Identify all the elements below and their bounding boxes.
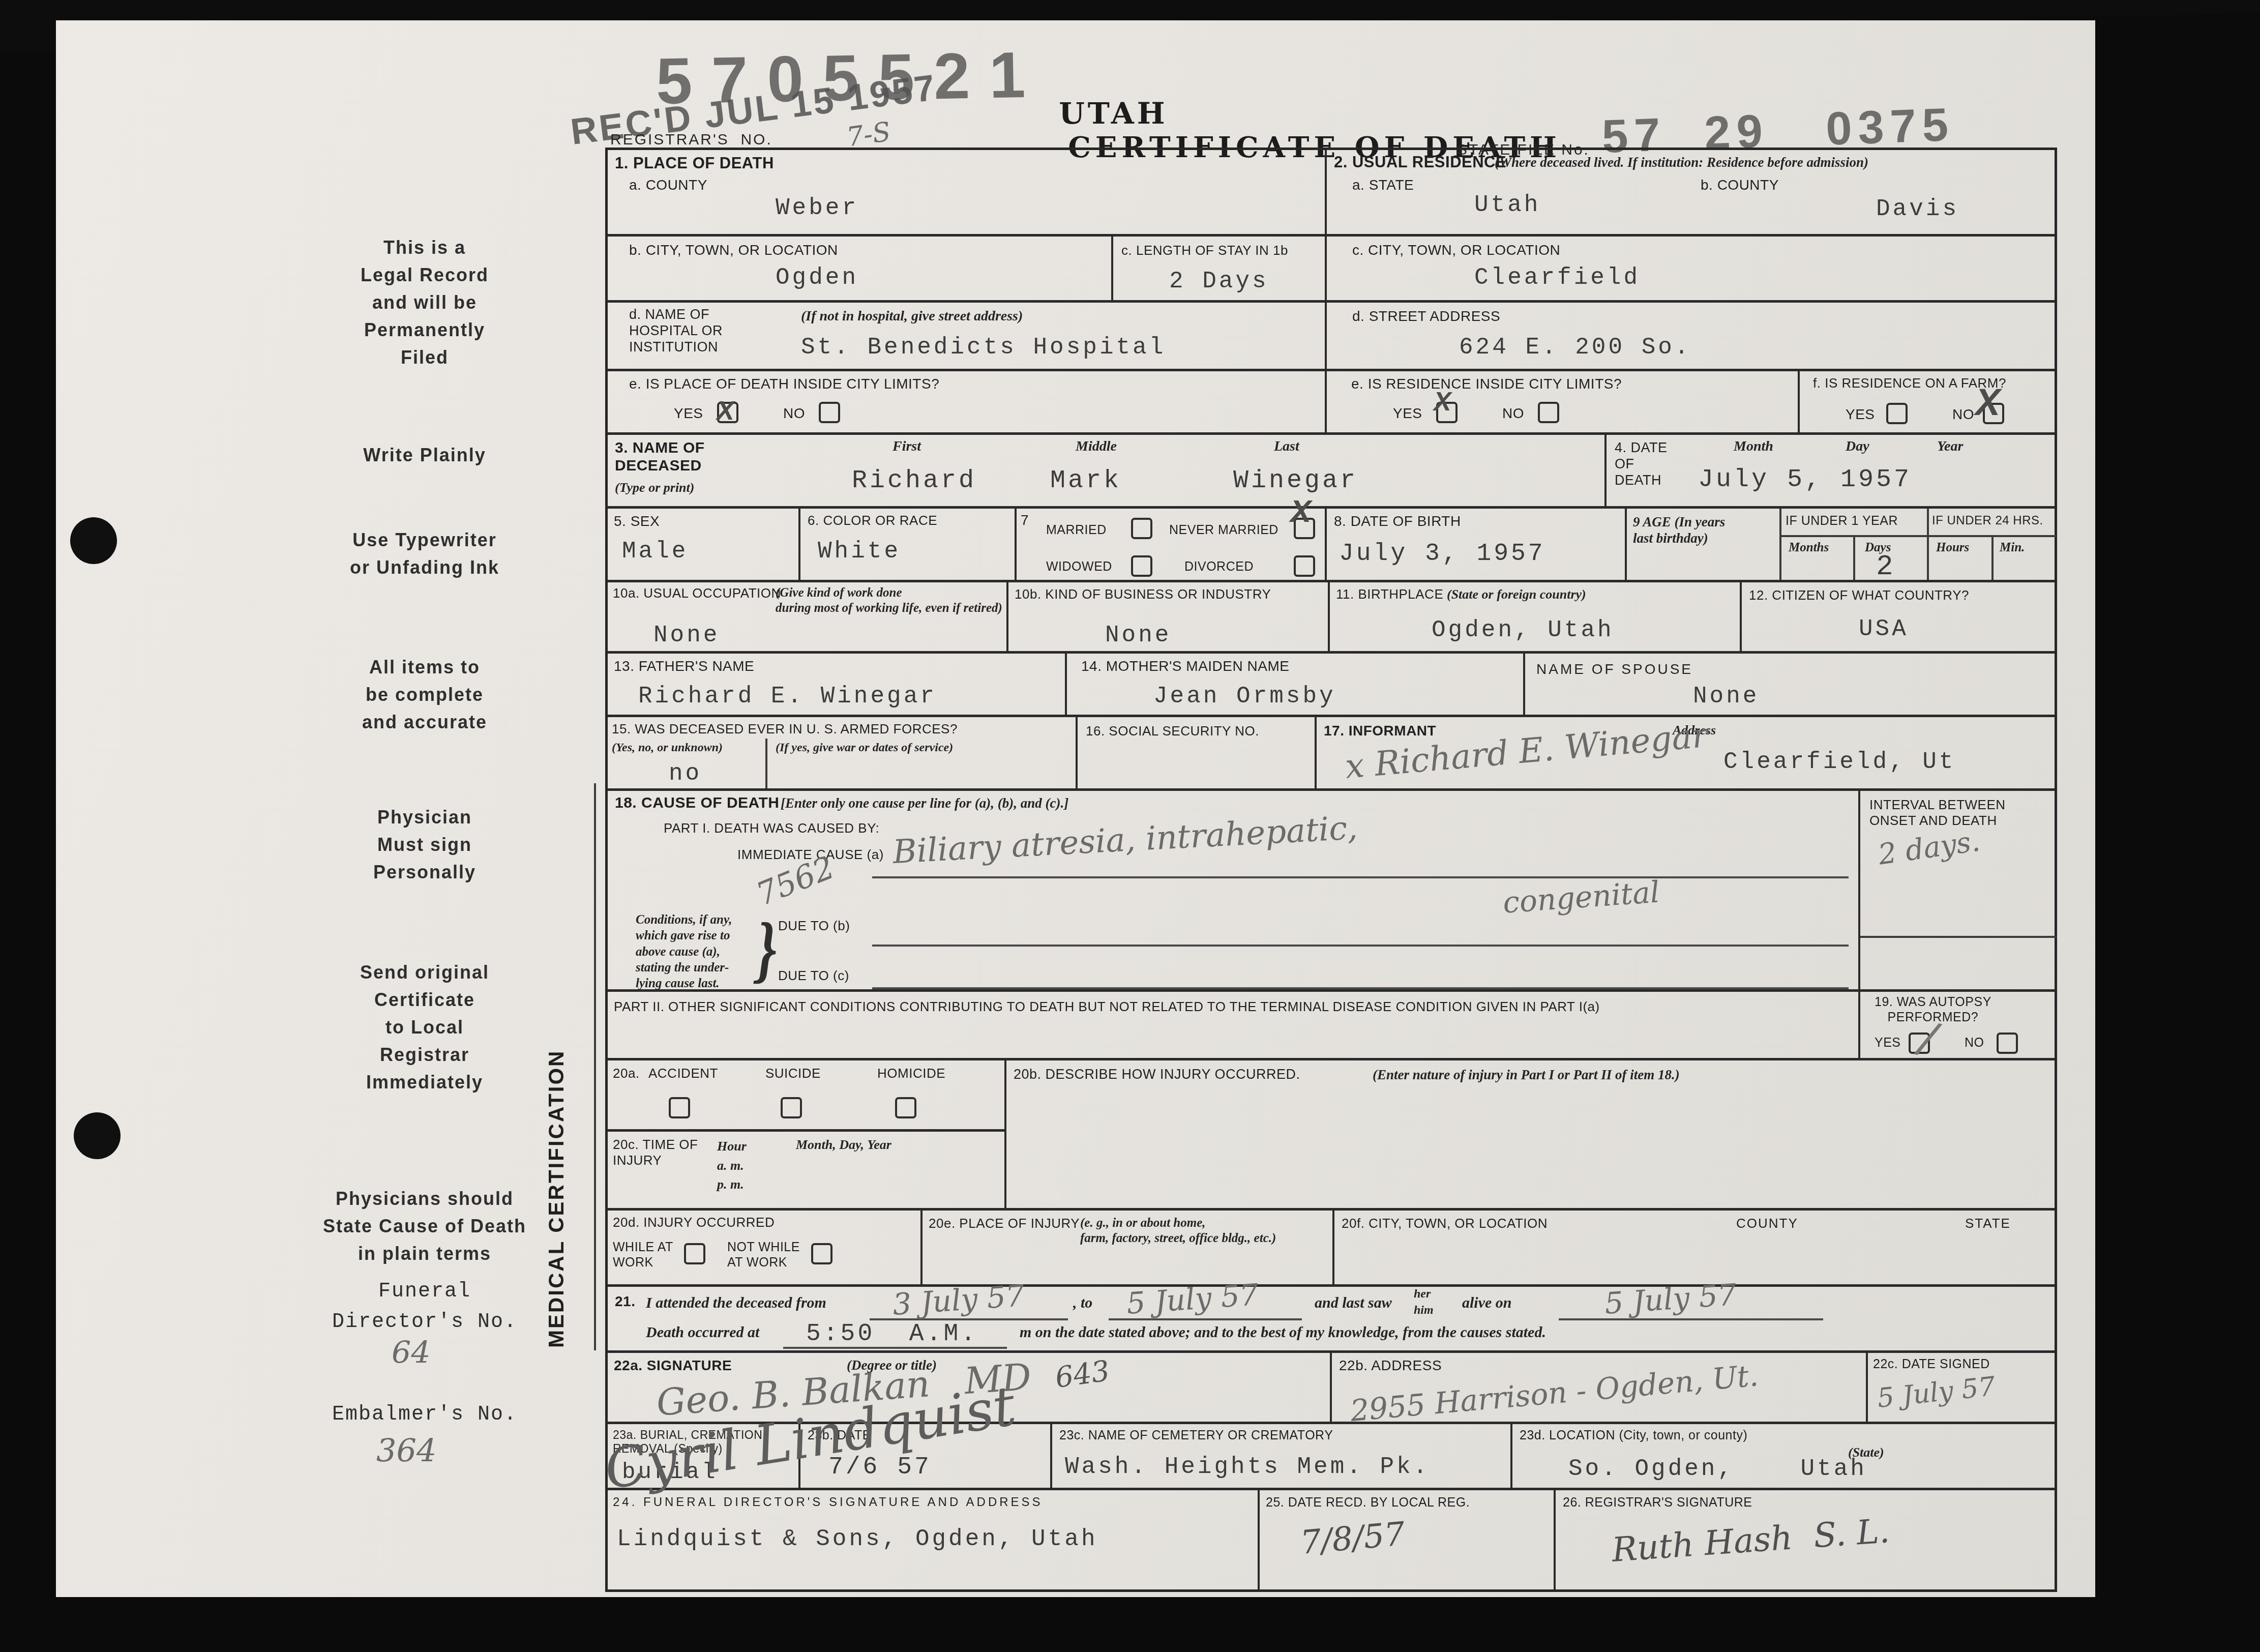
- field-4-value: July 5, 1957: [1698, 465, 1912, 494]
- field-23c-label: 23c. NAME OF CEMETERY OR CREMATORY: [1059, 1428, 1333, 1443]
- field-2a-label: a. STATE: [1352, 176, 1414, 193]
- medical-certification-bracket: [594, 783, 596, 1350]
- field-9-divider-hours-min: [1991, 535, 1994, 582]
- field-2-title-note: (Where deceased lived. If institution: R…: [1495, 154, 1868, 170]
- field-20a-suicide-label: SUICIDE: [765, 1066, 821, 1081]
- field-20c-mdy-label: Month, Day, Year: [796, 1137, 891, 1153]
- field-3-first-label: First: [893, 438, 921, 455]
- field-3-middle-label: Middle: [1076, 438, 1117, 455]
- field-20e-label: 20e. PLACE OF INJURY: [929, 1216, 1080, 1231]
- field-2e-no-label: NO: [1502, 405, 1524, 422]
- certificate-form: 1. PLACE OF DEATH a. COUNTY Weber 2. USU…: [605, 147, 2057, 1592]
- field-1c-value: 2 Days: [1169, 268, 1269, 294]
- field-23c-cemetery: 23c. NAME OF CEMETERY OR CREMATORY Wash.…: [1050, 1422, 1510, 1488]
- field-15-armed-forces: 15. WAS DECEASED EVER IN U. S. ARMED FOR…: [608, 715, 1076, 788]
- field-18-cause-line1: Biliary atresia, intrahepatic,: [892, 809, 1359, 871]
- field-7-married-checkbox: [1131, 518, 1152, 539]
- field-8-label: 8. DATE OF BIRTH: [1334, 513, 1461, 529]
- embalmers-no-value: 364: [376, 1432, 436, 1469]
- field-spouse-label: NAME OF SPOUSE: [1536, 661, 1693, 677]
- field-18-cause-of-death: 18. CAUSE OF DEATH [Enter only one cause…: [608, 788, 1858, 989]
- field-5-label: 5. SEX: [614, 513, 660, 529]
- field-1e-no-checkbox: [819, 402, 840, 423]
- field-2f-farm: f. IS RESIDENCE ON A FARM? YES NO X: [1798, 369, 2055, 432]
- field-18-line-a: [872, 876, 1849, 878]
- field-22c-value: 5 July 57: [1876, 1371, 1997, 1414]
- field-20f-injury-location: 20f. CITY, TOWN, OR LOCATION COUNTY STAT…: [1332, 1208, 2055, 1284]
- field-10a-value: None: [653, 622, 720, 648]
- field-2d-label: d. STREET ADDRESS: [1352, 308, 1500, 324]
- field-1d-label: d. NAME OF HOSPITAL OR INSTITUTION: [629, 307, 723, 356]
- field-7-divorced-label: DIVORCED: [1184, 559, 1254, 575]
- field-12-citizen: 12. CITIZEN OF WHAT COUNTRY? USA: [1740, 580, 2055, 651]
- field-1d-value: St. Benedicts Hospital: [801, 334, 1166, 361]
- medical-certification-label: MEDICAL CERTIFICATION: [544, 778, 569, 1348]
- field-10b-industry: 10b. KIND OF BUSINESS OR INDUSTRY None: [1006, 580, 1328, 651]
- field-2b-value: Davis: [1876, 196, 1959, 222]
- field-spouse-value: None: [1693, 683, 1759, 710]
- field-2a-value: Utah: [1474, 192, 1540, 218]
- field-2c-value: Clearfield: [1474, 264, 1640, 291]
- field-21-tail-text: m on the date stated above; and to the b…: [1020, 1323, 1546, 1342]
- field-15-note1: (Yes, no, or unknown): [612, 741, 723, 755]
- field-10a-label: 10a. USUAL OCCUPATION: [613, 585, 781, 601]
- field-9-label: 9 AGE (In years last birthday): [1633, 514, 1725, 547]
- field-22c-date-signed: 22c. DATE SIGNED 5 July 57: [1866, 1350, 2055, 1422]
- field-7-never-married-label: NEVER MARRIED: [1169, 523, 1278, 538]
- field-23d-location: 23d. LOCATION (City, town, or county) (S…: [1510, 1422, 2055, 1488]
- field-20b-describe-injury: 20b. DESCRIBE HOW INJURY OCCURRED. (Ente…: [1004, 1058, 2055, 1208]
- field-3-first-value: Richard: [852, 466, 976, 495]
- field-20a-accident-label: ACCIDENT: [648, 1066, 718, 1081]
- field-18-due-b-label: DUE TO (b): [778, 918, 850, 934]
- field-9-min-label: Min.: [2000, 540, 2025, 555]
- field-5-value: Male: [622, 538, 688, 565]
- field-20e-note: (e. g., in or about home, farm, factory,…: [1080, 1216, 1276, 1246]
- field-2f-yes-checkbox: [1886, 403, 1908, 424]
- field-20d-notwhile-checkbox: [811, 1243, 832, 1264]
- field-2f-no-mark: X: [1975, 380, 2000, 424]
- field-23d-value: So. Ogden, Utah: [1568, 1456, 1867, 1482]
- field-20a-homicide-label: HOMICIDE: [877, 1066, 945, 1081]
- field-22b-label: 22b. ADDRESS: [1339, 1357, 1442, 1374]
- field-14-label: 14. MOTHER'S MAIDEN NAME: [1081, 658, 1289, 674]
- field-20c-hour-label: Hour a. m. p. m.: [717, 1137, 747, 1194]
- field-20a-accident-checkbox: [669, 1097, 690, 1118]
- field-9-months-label: Months: [1789, 540, 1829, 555]
- field-21-attendance: 21. I attended the deceased from 3 July …: [608, 1284, 2055, 1350]
- field-1c-length-of-stay: c. LENGTH OF STAY IN 1b 2 Days: [1111, 234, 1325, 300]
- field-17-label: 17. INFORMANT: [1324, 722, 1436, 739]
- field-20c-time-of-injury: 20c. TIME OF INJURY Hour a. m. p. m. Mon…: [608, 1129, 1004, 1208]
- embalmers-no-label: Embalmer's No.: [183, 1400, 666, 1430]
- funeral-directors-no-value: 64: [392, 1335, 430, 1371]
- field-19-autopsy: 19. WAS AUTOPSY PERFORMED? YES / NO: [1858, 989, 2055, 1058]
- hole-punch-top: [70, 517, 117, 564]
- field-1d-note: (If not in hospital, give street address…: [801, 308, 1023, 325]
- field-18-interval-label: INTERVAL BETWEEN ONSET AND DEATH: [1869, 797, 2006, 828]
- field-20a-manner: 20a. ACCIDENT SUICIDE HOMICIDE: [608, 1058, 1004, 1129]
- margin-note-typewriter: Use Typewriter or Unfading Ink: [183, 526, 666, 581]
- field-20d-label: 20d. INJURY OCCURRED: [613, 1215, 775, 1230]
- field-15-note2: (If yes, give war or dates of service): [776, 741, 953, 755]
- field-1e-label: e. IS PLACE OF DEATH INSIDE CITY LIMITS?: [629, 375, 939, 392]
- field-23d-label: 23d. LOCATION (City, town, or county): [1520, 1428, 1747, 1443]
- field-19-no-checkbox: [1997, 1032, 2018, 1054]
- field-11-note: (State or foreign country): [1447, 586, 1586, 602]
- field-15-value: no: [669, 760, 702, 787]
- field-11-value: Ogden, Utah: [1432, 617, 1614, 643]
- field-spouse-name: NAME OF SPOUSE None: [1523, 651, 2055, 715]
- field-7-widowed-label: WIDOWED: [1046, 559, 1112, 575]
- title-state: UTAH: [1059, 96, 1168, 131]
- field-2d-street-address: d. STREET ADDRESS 624 E. 200 So.: [1325, 300, 2055, 369]
- field-20f-county-label: COUNTY: [1736, 1216, 1798, 1231]
- registrar-no-label: REGISTRAR'S NO.: [610, 131, 772, 149]
- field-1a-value: Weber: [776, 195, 858, 221]
- field-12-value: USA: [1859, 616, 1909, 642]
- field-19-no-label: NO: [1965, 1036, 1984, 1051]
- field-18-title-note: [Enter only one cause per line for (a), …: [781, 795, 1068, 811]
- field-25-value: 7/8/57: [1299, 1515, 1407, 1562]
- field-9-under1-label: IF UNDER 1 YEAR: [1786, 514, 1898, 529]
- field-2b-label: b. COUNTY: [1701, 176, 1779, 193]
- field-1d-hospital: d. NAME OF HOSPITAL OR INSTITUTION (If n…: [608, 300, 1325, 369]
- field-17-informant: 17. INFORMANT Address x Richard E. Wineg…: [1315, 715, 2055, 788]
- field-1e-city-limits: e. IS PLACE OF DEATH INSIDE CITY LIMITS?…: [608, 369, 1325, 432]
- field-2d-value: 624 E. 200 So.: [1459, 334, 1691, 361]
- field-5-sex: 5. SEX Male: [608, 506, 798, 580]
- field-21-num: 21.: [615, 1293, 635, 1310]
- field-20a-homicide-checkbox: [895, 1097, 916, 1118]
- field-1b-label: b. CITY, TOWN, OR LOCATION: [629, 242, 838, 258]
- field-26-label: 26. REGISTRAR'S SIGNATURE: [1563, 1495, 1752, 1511]
- field-21-attended-text: I attended the deceased from: [646, 1294, 826, 1312]
- field-11-label: 11. BIRTHPLACE: [1336, 586, 1443, 602]
- field-3-name-of-deceased: 3. NAME OF DECEASED (Type or print) Firs…: [608, 432, 1604, 506]
- field-22a-code: 643: [1053, 1354, 1112, 1395]
- field-2e-yes-label: YES: [1393, 405, 1422, 422]
- margin-note-legal-record: This is a Legal Record and will be Perma…: [183, 234, 666, 371]
- field-14-mothers-maiden-name: 14. MOTHER'S MAIDEN NAME Jean Ormsby: [1065, 651, 1523, 715]
- field-1b-city: b. CITY, TOWN, OR LOCATION Ogden: [608, 234, 1111, 300]
- field-part2-text: PART II. OTHER SIGNIFICANT CONDITIONS CO…: [614, 999, 1850, 1015]
- field-2c-label: c. CITY, TOWN, OR LOCATION: [1352, 242, 1560, 258]
- field-18-line-b: [872, 945, 1849, 947]
- field-6-label: 6. COLOR OR RACE: [808, 513, 937, 528]
- field-17-address-value: Clearfield, Ut: [1723, 749, 1955, 775]
- field-20d-while-checkbox: [684, 1243, 705, 1264]
- field-16-ssn: 16. SOCIAL SECURITY NO.: [1076, 715, 1315, 788]
- field-4-date-of-death: 4. DATE OF DEATH Month Day Year July 5, …: [1604, 432, 2055, 506]
- field-6-value: White: [818, 538, 901, 565]
- field-1a-label: a. COUNTY: [629, 176, 707, 193]
- field-21-from-value: 3 July 57: [891, 1278, 1026, 1322]
- field-20f-label: 20f. CITY, TOWN, OR LOCATION: [1342, 1216, 1548, 1231]
- field-18-interval-value: 2 days.: [1876, 824, 1982, 871]
- field-9-divider-months-days: [1853, 535, 1855, 582]
- field-24-value: Lindquist & Sons, Ogden, Utah: [617, 1526, 1098, 1552]
- field-1-place-of-death: 1. PLACE OF DEATH a. COUNTY Weber: [608, 150, 1325, 234]
- field-1e-yes-mark: X: [717, 396, 734, 426]
- scanned-death-certificate: { "header": { "serial_stamp": "5705521",…: [0, 0, 2260, 1652]
- field-25-label: 25. DATE RECD. BY LOCAL REG.: [1266, 1495, 1470, 1511]
- field-9-hours-label: Hours: [1936, 540, 1969, 555]
- field-7-marital-status: 7 MARRIED NEVER MARRIED X WIDOWED DIVORC…: [1015, 506, 1325, 580]
- field-7-married-label: MARRIED: [1046, 523, 1107, 538]
- field-15-label: 15. WAS DECEASED EVER IN U. S. ARMED FOR…: [612, 721, 958, 737]
- field-2e-yes-mark: X: [1434, 387, 1451, 417]
- field-9-under24-label: IF UNDER 24 HRS.: [1932, 514, 2043, 528]
- field-2f-yes-label: YES: [1846, 406, 1875, 423]
- field-20a-suicide-checkbox: [781, 1097, 802, 1118]
- field-4-day-label: Day: [1846, 438, 1869, 455]
- field-2e-label: e. IS RESIDENCE INSIDE CITY LIMITS?: [1351, 375, 1622, 392]
- field-10a-occupation: 10a. USUAL OCCUPATION (Give kind of work…: [608, 580, 1006, 651]
- field-13-label: 13. FATHER'S NAME: [614, 658, 754, 674]
- field-22b-address: 22b. ADDRESS 2955 Harrison - Ogden, Ut.: [1330, 1350, 1866, 1422]
- field-20e-place-of-injury: 20e. PLACE OF INJURY (e. g., in or about…: [920, 1208, 1332, 1284]
- field-8-date-of-birth: 8. DATE OF BIRTH July 3, 1957: [1325, 506, 1625, 580]
- field-21-aliveon-text: alive on: [1462, 1294, 1512, 1312]
- margin-note-write-plainly: Write Plainly: [183, 441, 666, 469]
- field-18-part1: PART I. DEATH WAS CAUSED BY:: [664, 820, 879, 836]
- field-16-label: 16. SOCIAL SECURITY NO.: [1086, 723, 1259, 739]
- field-21-to-text: , to: [1073, 1294, 1092, 1312]
- field-7-never-married-mark: X: [1290, 493, 1311, 529]
- certificate-paper: 5705521 REC'D JUL 15 1957 REGISTRAR'S NO…: [56, 20, 2095, 1597]
- field-2-usual-residence: 2. USUAL RESIDENCE (Where deceased lived…: [1325, 150, 2055, 234]
- field-13-value: Richard E. Winegar: [638, 683, 937, 710]
- field-18-interval-rule: [1860, 936, 2057, 938]
- field-15-divider: [765, 739, 767, 791]
- field-9-divider-1: [1779, 509, 1781, 582]
- field-1e-no-label: NO: [783, 405, 805, 422]
- field-4-month-label: Month: [1734, 438, 1773, 455]
- hole-punch-bottom: [74, 1112, 121, 1159]
- field-19-yes-label: YES: [1875, 1036, 1901, 1051]
- field-22a-label: 22a. SIGNATURE: [614, 1357, 732, 1374]
- field-18-brace: }: [757, 905, 777, 994]
- field-3-middle-value: Mark: [1050, 466, 1121, 495]
- field-11-birthplace: 11. BIRTHPLACE (State or foreign country…: [1328, 580, 1740, 651]
- field-10b-value: None: [1105, 622, 1171, 648]
- field-21-death-at-text: Death occurred at: [646, 1323, 759, 1342]
- field-21-time-value: 5:50 A.M.: [806, 1320, 978, 1348]
- field-4-label: 4. DATE OF DEATH: [1615, 440, 1668, 489]
- field-7-divorced-checkbox: [1294, 555, 1315, 577]
- field-18-interval: INTERVAL BETWEEN ONSET AND DEATH 2 days.: [1858, 788, 2055, 989]
- field-9-days-value: 2: [1876, 550, 1896, 583]
- field-20c-label: 20c. TIME OF INJURY: [613, 1137, 698, 1168]
- field-24-label: 24. FUNERAL DIRECTOR'S SIGNATURE AND ADD…: [613, 1495, 1043, 1510]
- field-2c-city: c. CITY, TOWN, OR LOCATION Clearfield: [1325, 234, 2055, 300]
- field-26-value: Ruth Hash S. L.: [1611, 1511, 1891, 1570]
- field-25-date-received: 25. DATE RECD. BY LOCAL REG. 7/8/57: [1258, 1488, 1554, 1589]
- field-20d-notwhile-label: NOT WHILE AT WORK: [727, 1240, 800, 1270]
- field-1c-label: c. LENGTH OF STAY IN 1b: [1121, 243, 1288, 258]
- field-23c-value: Wash. Heights Mem. Pk.: [1065, 1454, 1430, 1480]
- field-2-title: 2. USUAL RESIDENCE: [1334, 153, 1506, 172]
- field-20f-state-label: STATE: [1965, 1216, 2011, 1231]
- field-1b-value: Ogden: [776, 264, 858, 291]
- field-2e-city-limits: e. IS RESIDENCE INSIDE CITY LIMITS? YES …: [1325, 369, 1798, 432]
- field-2e-no-checkbox: [1538, 402, 1559, 423]
- field-21-alive-line: [1559, 1318, 1823, 1320]
- field-3-note: (Type or print): [615, 480, 694, 495]
- field-20a-num: 20a.: [613, 1066, 640, 1081]
- field-18-cause-line2: congenital: [1502, 874, 1661, 920]
- field-10b-label: 10b. KIND OF BUSINESS OR INDUSTRY: [1015, 586, 1271, 602]
- field-4-year-label: Year: [1937, 438, 1963, 455]
- field-1-title: 1. PLACE OF DEATH: [615, 154, 774, 173]
- field-8-value: July 3, 1957: [1339, 540, 1545, 568]
- field-21-him-text: him: [1414, 1303, 1434, 1318]
- field-1e-yes-label: YES: [674, 405, 703, 422]
- field-13-fathers-name: 13. FATHER'S NAME Richard E. Winegar: [608, 651, 1065, 715]
- field-9-age: 9 AGE (In years last birthday) IF UNDER …: [1625, 506, 2055, 580]
- field-21-her-text: her: [1414, 1287, 1431, 1302]
- margin-note-complete-accurate: All items to be complete and accurate: [183, 654, 666, 736]
- field-18-conditions: Conditions, if any, which gave rise to a…: [636, 912, 732, 991]
- field-20d-while-label: WHILE AT WORK: [613, 1240, 673, 1270]
- field-part2: PART II. OTHER SIGNIFICANT CONDITIONS CO…: [608, 989, 1858, 1058]
- field-3-last-value: Winegar: [1233, 466, 1358, 495]
- field-9-divider-2: [1927, 509, 1929, 582]
- field-2f-no-label: NO: [1952, 406, 1974, 423]
- field-7-num: 7: [1021, 512, 1029, 528]
- field-26-registrar-signature: 26. REGISTRAR'S SIGNATURE Ruth Hash S. L…: [1554, 1488, 2055, 1589]
- field-22c-label: 22c. DATE SIGNED: [1873, 1357, 1990, 1372]
- field-18-title: 18. CAUSE OF DEATH: [615, 794, 780, 812]
- field-14-value: Jean Ormsby: [1153, 683, 1336, 710]
- field-18-due-c-label: DUE TO (c): [778, 968, 849, 984]
- field-20d-injury-at-work: 20d. INJURY OCCURRED WHILE AT WORK NOT W…: [608, 1208, 920, 1284]
- field-21-lastsaw-text: and last saw: [1315, 1294, 1392, 1312]
- field-24-funeral-director: 24. FUNERAL DIRECTOR'S SIGNATURE AND ADD…: [608, 1488, 1258, 1589]
- field-12-label: 12. CITIZEN OF WHAT COUNTRY?: [1749, 587, 1969, 603]
- field-3-last-label: Last: [1274, 438, 1299, 455]
- field-7-widowed-checkbox: [1131, 555, 1152, 577]
- field-3-title: 3. NAME OF DECEASED: [615, 439, 705, 475]
- field-20b-label: 20b. DESCRIBE HOW INJURY OCCURRED.: [1014, 1067, 1300, 1083]
- field-20b-note: (Enter nature of injury in Part I or Par…: [1373, 1067, 1680, 1083]
- field-6-color-or-race: 6. COLOR OR RACE White: [798, 506, 1015, 580]
- field-10a-note: (Give kind of work done during most of w…: [776, 585, 1002, 616]
